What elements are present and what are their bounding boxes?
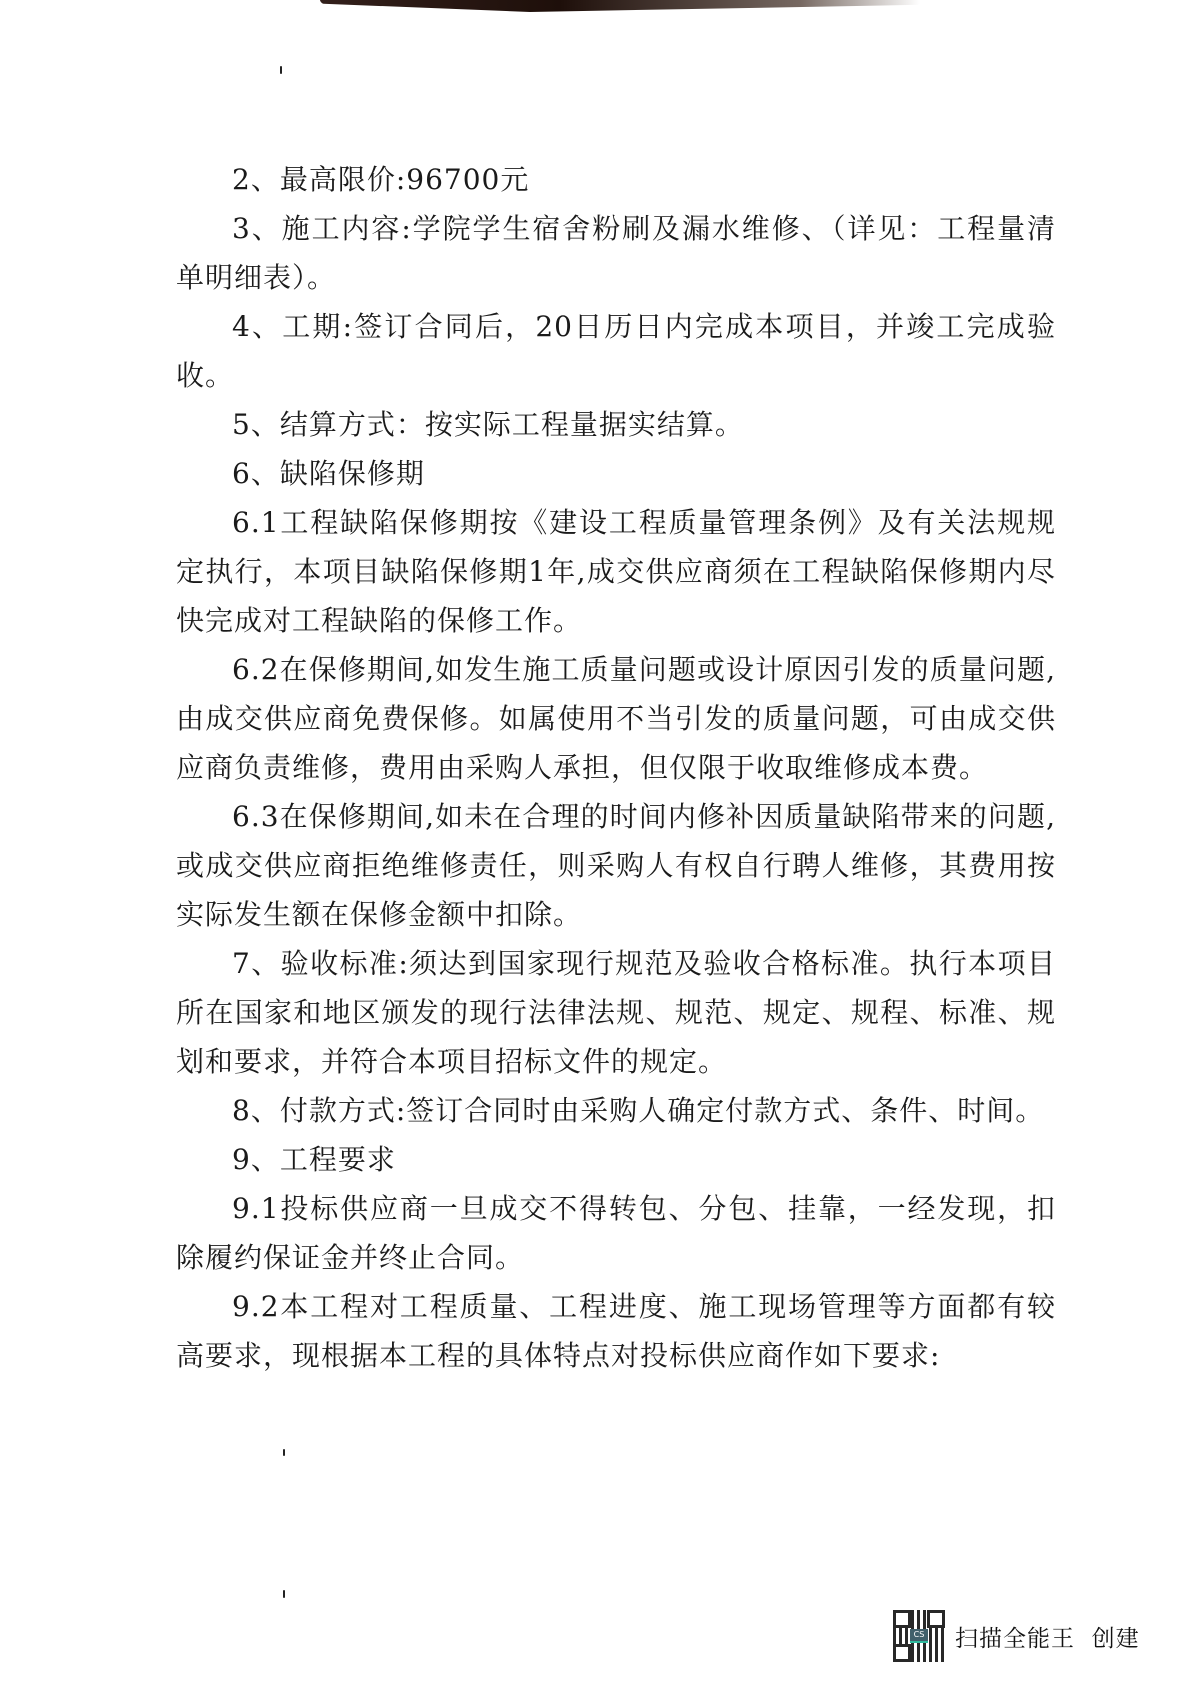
- scan-mark: [283, 1449, 285, 1456]
- watermark-text: 扫描全能王 创建: [955, 1620, 1140, 1653]
- scanner-watermark: CS 扫描全能王 创建: [893, 1610, 1140, 1662]
- document-page: 2、最高限价:96700元 3、施工内容:学院学生宿舍粉刷及漏水维修、（详见：工…: [176, 155, 1056, 1380]
- paragraph-requirements-9-1: 9.1投标供应商一旦成交不得转包、分包、挂靠，一经发现，扣除履约保证金并终止合同…: [176, 1184, 1056, 1282]
- paragraph-warranty-heading: 6、缺陷保修期: [176, 449, 1056, 498]
- paragraph-warranty-6-3: 6.3在保修期间,如未在合理的时间内修补因质量缺陷带来的问题,或成交供应商拒绝维…: [176, 792, 1056, 939]
- scan-mark: [283, 1590, 285, 1598]
- cs-logo-badge: CS: [910, 1629, 928, 1643]
- paragraph-requirements-heading: 9、工程要求: [176, 1135, 1056, 1184]
- paragraph-schedule: 4、工期:签订合同后，20日历日内完成本项目，并竣工完成验收。: [176, 302, 1056, 400]
- paragraph-max-price: 2、最高限价:96700元: [176, 155, 1056, 204]
- paragraph-construction-content: 3、施工内容:学院学生宿舍粉刷及漏水维修、（详见：工程量清单明细表）。: [176, 204, 1056, 302]
- scan-edge-shadow: [320, 0, 920, 12]
- qr-corner: [927, 1610, 945, 1628]
- paragraph-payment: 8、付款方式:签订合同时由采购人确定付款方式、条件、时间。: [176, 1086, 1056, 1135]
- paragraph-warranty-6-2: 6.2在保修期间,如发生施工质量问题或设计原因引发的质量问题,由成交供应商免费保…: [176, 645, 1056, 792]
- paragraph-requirements-9-2: 9.2本工程对工程质量、工程进度、施工现场管理等方面都有较高要求，现根据本工程的…: [176, 1282, 1056, 1380]
- scan-mark: [280, 66, 282, 74]
- paragraph-settlement: 5、结算方式：按实际工程量据实结算。: [176, 400, 1056, 449]
- qr-code-icon: CS: [893, 1610, 945, 1662]
- paragraph-acceptance-standard: 7、验收标准:须达到国家现行规范及验收合格标准。执行本项目所在国家和地区颁发的现…: [176, 939, 1056, 1086]
- paragraph-warranty-6-1: 6.1工程缺陷保修期按《建设工程质量管理条例》及有关法规规定执行，本项目缺陷保修…: [176, 498, 1056, 645]
